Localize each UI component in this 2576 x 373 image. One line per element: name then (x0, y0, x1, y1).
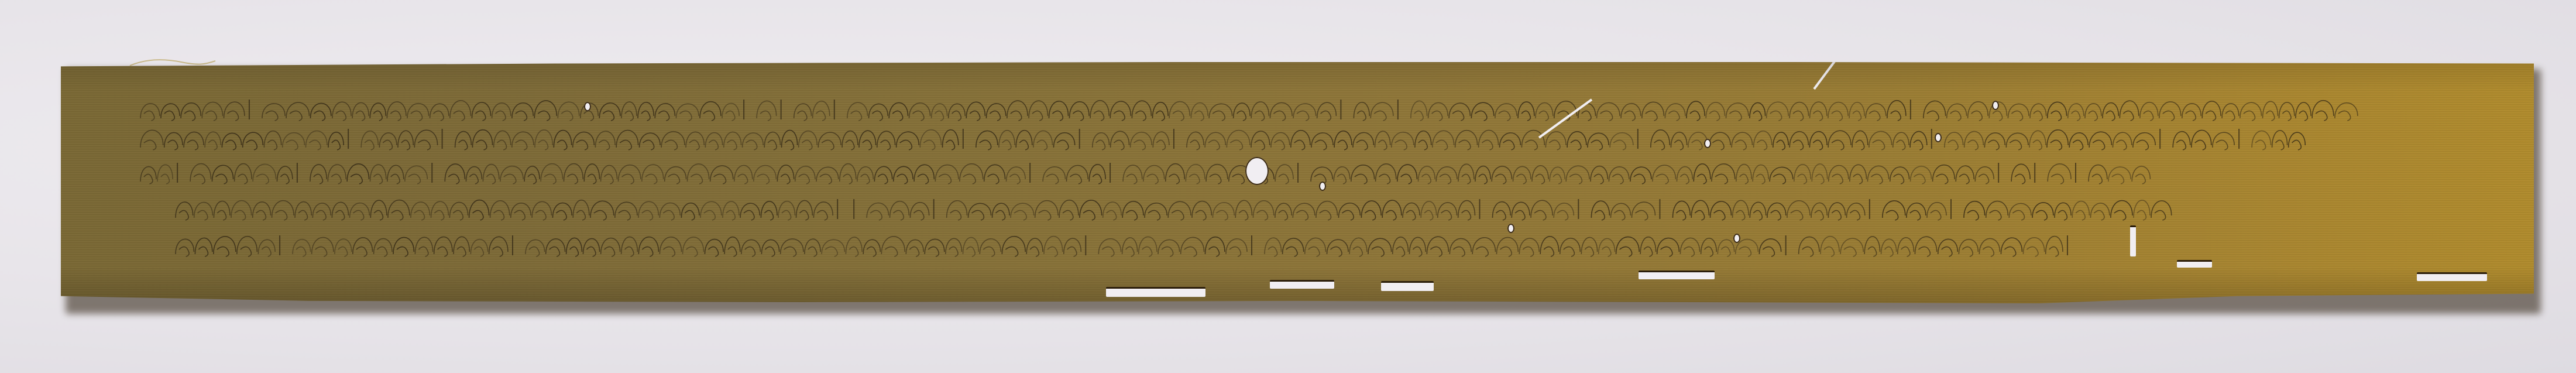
worm-hole-5 (1935, 133, 1942, 142)
edge-damage-6 (2417, 272, 2487, 281)
palm-leaf-folio (61, 62, 2534, 303)
script-line-3 (140, 163, 2150, 184)
script-line-5 (176, 235, 2067, 256)
crack-1 (1814, 62, 1835, 89)
script-line-4 (176, 199, 2172, 220)
crack-2 (1539, 100, 1592, 138)
manuscript-script (61, 62, 2534, 303)
worm-hole-6 (1992, 101, 1999, 110)
worm-hole-3 (1507, 224, 1514, 233)
edge-damage-4 (1639, 271, 1715, 279)
worm-hole-2 (1319, 182, 1326, 191)
string-hole (1245, 157, 1269, 185)
worm-hole-4 (1704, 139, 1711, 148)
edge-damage-5 (2177, 260, 2212, 268)
edge-damage-3 (1381, 281, 1434, 291)
worm-hole-1 (584, 102, 591, 111)
edge-damage-7 (2130, 225, 2136, 256)
script-line-1 (140, 100, 2358, 121)
edge-damage-1 (1106, 287, 1205, 297)
worm-hole-7 (1733, 234, 1740, 243)
script-line-2 (140, 129, 2305, 150)
edge-damage-2 (1270, 280, 1334, 289)
